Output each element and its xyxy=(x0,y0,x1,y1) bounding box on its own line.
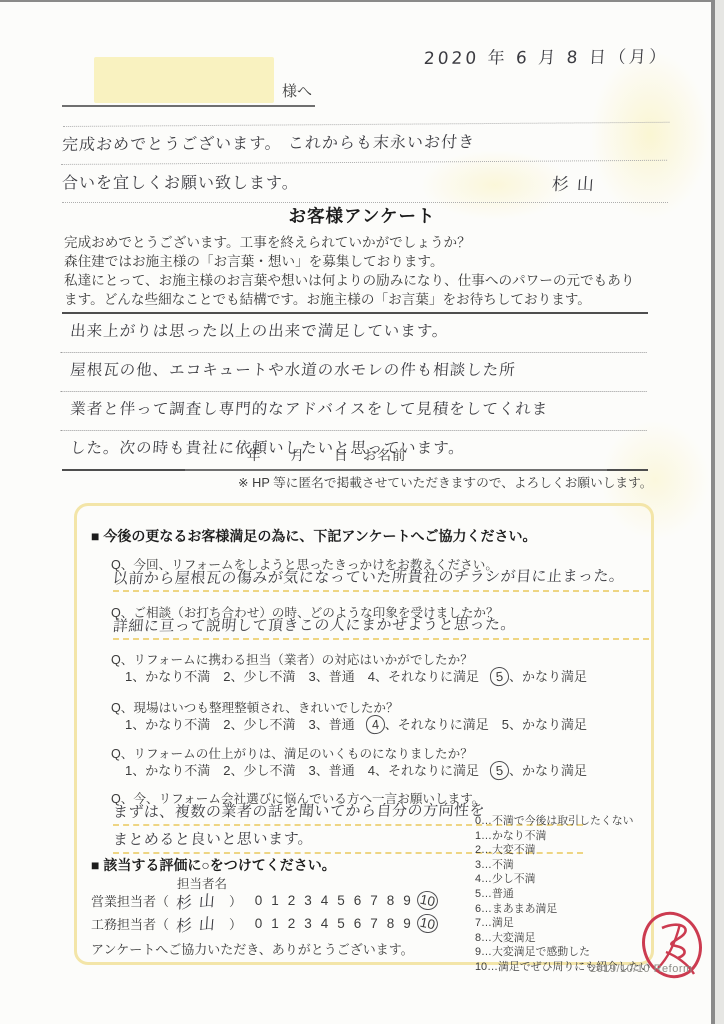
score-digit: 3 xyxy=(302,893,315,908)
rating-label: 、普通 xyxy=(316,669,355,684)
intro-line: ます。どんな些細なことでも結構です。お施主様の「お言葉」をお待ちしております。 xyxy=(64,290,669,309)
page-title: お客様アンケート xyxy=(0,203,724,228)
rating-row: 1、かなり不満2、少し不満3、普通4、それなりに満足5、かなり満足 xyxy=(125,760,600,779)
intro-line: 私達にとって、お施主様のお言葉や想いは何よりの励みになり、仕事へのパワーの元でも… xyxy=(64,271,669,290)
date-name-field: 年 月 日 お名前 xyxy=(185,444,607,471)
rating-option: 2、少し不満 xyxy=(223,717,295,732)
staff-role-label: 営業担当者 xyxy=(91,891,156,910)
answer-text: 詳細に亘って説明して頂きこの人にまかせようと思った。 xyxy=(112,613,517,636)
rating-row: 1、かなり不満2、少し不満3、普通4、それなりに満足5、かなり満足 xyxy=(125,666,600,685)
score-digit: 0 xyxy=(252,893,265,908)
rating-row: 1、かなり不満2、少し不満3、普通4、それなりに満足5、かなり満足 xyxy=(125,714,600,733)
intro-paragraph: 完成おめでとうございます。工事を終えられていかがでしょうか？森住建ではお施主様の… xyxy=(64,233,669,309)
intro-line: 森住建ではお施主様の「お言葉・想い」を募集しております。 xyxy=(64,252,669,271)
rating-label: 、かなり満足 xyxy=(509,669,587,684)
legend-line: 7…満足 xyxy=(475,916,650,931)
anonymity-note: ※ HP 等に匿名で掲載させていただきますので、よろしくお願いします。 xyxy=(238,472,652,491)
score-digit: 4 xyxy=(318,916,331,931)
answer-text: まずは、複数の業者の話を聞いてから自分の方向性を xyxy=(112,799,486,822)
legend-line: 6…まあまあ満足 xyxy=(475,902,650,917)
score-digit: 8 xyxy=(384,916,397,931)
greeting-signature: 杉山 xyxy=(551,170,603,195)
answer-text: 以前から屋根瓦の傷みが気になっていた所貴社のチラシが目に止まった。 xyxy=(112,565,625,589)
score-digit: 0 xyxy=(252,916,265,931)
intro-line: 完成おめでとうございます。工事を終えられていかがでしょうか？ xyxy=(64,233,669,252)
score-digit: 1 xyxy=(269,916,282,931)
selected-rating-circle: 5 xyxy=(489,666,510,687)
rating-option: 1、かなり不満 xyxy=(125,717,210,732)
rating-option: 3、普通 xyxy=(309,669,355,684)
score-digit: 2 xyxy=(285,893,298,908)
rating-option: 4、それなりに満足 xyxy=(368,669,479,684)
staff-rating-heading: ■ 該当する評価に○をつけてください。 xyxy=(91,855,336,875)
rating-number: 3 xyxy=(309,717,316,732)
greeting-line: 完成おめでとうございます。 これからも末永いお付き xyxy=(61,122,670,165)
score-digit: 8 xyxy=(384,893,397,908)
score-digits: 012345678910 xyxy=(252,891,438,910)
greeting-line-text: 合いを宜しくお願い致します。 xyxy=(62,173,299,192)
score-digit: 9 xyxy=(401,916,414,931)
staff-role-label: 工務担当者 xyxy=(91,914,156,933)
score-digit: 6 xyxy=(351,893,364,908)
score-digit: 9 xyxy=(401,893,414,908)
selected-rating-circle: 4 xyxy=(365,714,386,735)
rating-number: 5 xyxy=(502,717,509,732)
paren-close: ） xyxy=(229,914,242,933)
legend-line: 1…かなり不満 xyxy=(475,829,650,844)
rating-label: 、かなり満足 xyxy=(509,717,587,732)
handwritten-answer: 詳細に亘って説明して頂きこの人にまかせようと思った。 xyxy=(113,614,649,640)
rating-option: 2、少し不満 xyxy=(223,669,295,684)
handwritten-answer: 以前から屋根瓦の傷みが気になっていた所貴社のチラシが目に止まった。 xyxy=(113,566,649,592)
rating-label: 、かなり不満 xyxy=(132,717,210,732)
score-digit: 6 xyxy=(351,916,364,931)
score-digit: 5 xyxy=(335,893,348,908)
thanks-note: アンケートへご協力いただき、ありがとうございます。 xyxy=(91,939,414,958)
score-digit: 7 xyxy=(368,893,381,908)
paren-open: （ xyxy=(156,891,169,910)
rating-label: 、少し不満 xyxy=(230,669,295,684)
rating-label: 、少し不満 xyxy=(230,717,295,732)
rating-option: 1、かなり不満 xyxy=(125,669,210,684)
legend-line: 4…少し不満 xyxy=(475,872,650,887)
score-digit: 2 xyxy=(285,916,298,931)
legend-line: 2…大変不満 xyxy=(475,843,650,858)
rating-label: 、かなり不満 xyxy=(132,763,210,778)
legend-line: 5…普通 xyxy=(475,887,650,902)
paren-open: （ xyxy=(156,914,169,933)
handwritten-greeting: 完成おめでとうございます。 これからも末永いお付き 合いを宜しくお願い致します。… xyxy=(62,126,668,203)
scan-right-margin xyxy=(715,0,724,1024)
rating-option: 4、それなりに満足 xyxy=(368,763,479,778)
score-digit: 5 xyxy=(335,916,348,931)
selected-rating-circle: 5 xyxy=(489,760,510,781)
rating-label: 、少し不満 xyxy=(230,763,295,778)
score-digits: 012345678910 xyxy=(252,914,438,933)
score-digit: 3 xyxy=(302,916,315,931)
rating-option: 5、かなり満足 xyxy=(492,763,587,778)
staff-rating-row: 工務担当者（杉山） 012345678910 xyxy=(91,912,438,934)
rating-option: 3、普通 xyxy=(309,717,355,732)
rating-number: 3 xyxy=(309,763,316,778)
answer-text: まとめると良いと思います。 xyxy=(112,827,314,849)
survey-panel: ■ 今後の更なるお客様満足の為に、下記アンケートへご協力ください。 Q、今回、リ… xyxy=(74,503,654,965)
selected-score-circle: 10 xyxy=(415,912,440,935)
rating-label: 、かなり不満 xyxy=(132,669,210,684)
rating-option: 2、少し不満 xyxy=(223,763,295,778)
paren-close: ） xyxy=(229,891,242,910)
rating-label: 、それなりに満足 xyxy=(375,669,479,684)
rating-label: 、普通 xyxy=(316,717,355,732)
rating-label: 、それなりに満足 xyxy=(375,763,479,778)
rating-option: 5、かなり満足 xyxy=(502,717,587,732)
scale-legend: 0…不満で今後は取引したくない1…かなり不満2…大変不満3…不満4…少し不満5…… xyxy=(475,814,650,975)
rating-option: 5、かなり満足 xyxy=(492,669,587,684)
legend-line: 9…大変満足で感動した xyxy=(475,945,650,960)
handwritten-response-line: 出来上がりは思った以上の出来で満足しています。 xyxy=(61,314,650,353)
rating-option: 4、それなりに満足 xyxy=(368,717,489,732)
scan-top-edge xyxy=(0,0,724,2)
handwritten-response-line: 屋根瓦の他、エコキュートや水道の水モレの件も相談した所 xyxy=(61,353,650,392)
score-digit: 4 xyxy=(318,893,331,908)
score-digit: 7 xyxy=(368,916,381,931)
selected-score-circle: 10 xyxy=(415,889,440,912)
handwritten-response-line: 業者と伴って調査し専門的なアドバイスをして見積をしてくれま xyxy=(61,392,650,431)
score-digit: 1 xyxy=(269,893,282,908)
scanned-survey-page: 2020 年 6 月 8 日（月） 様へ 完成おめでとうございます。 これからも… xyxy=(0,0,724,1024)
footer-note: 2019/10/10 Reform xyxy=(590,963,693,975)
handwritten-date: 2020 年 6 月 8 日（月） xyxy=(423,42,670,69)
rating-number: 3 xyxy=(309,669,316,684)
rating-label: 、それなりに満足 xyxy=(385,717,489,732)
survey-heading: ■ 今後の更なるお客様満足の為に、下記アンケートへご協力ください。 xyxy=(91,526,537,546)
legend-line: 8…大変満足 xyxy=(475,931,650,946)
rating-option: 3、普通 xyxy=(309,763,355,778)
rating-option: 1、かなり不満 xyxy=(125,763,210,778)
recipient-suffix-label: 様へ xyxy=(282,80,312,101)
rating-label: 、普通 xyxy=(316,763,355,778)
rating-label: 、かなり満足 xyxy=(509,763,587,778)
legend-line: 3…不満 xyxy=(475,858,650,873)
handwritten-staff-name: 杉山 xyxy=(168,909,229,936)
legend-line: 0…不満で今後は取引したくない xyxy=(475,814,650,829)
staff-rating-row: 営業担当者（杉山） 012345678910 xyxy=(91,889,438,911)
name-redaction-box xyxy=(94,57,274,103)
rating-number: 4 xyxy=(368,669,375,684)
greeting-line: 合いを宜しくお願い致します。 杉山 xyxy=(62,165,668,203)
rating-number: 4 xyxy=(368,763,375,778)
recipient-underline xyxy=(62,105,315,107)
